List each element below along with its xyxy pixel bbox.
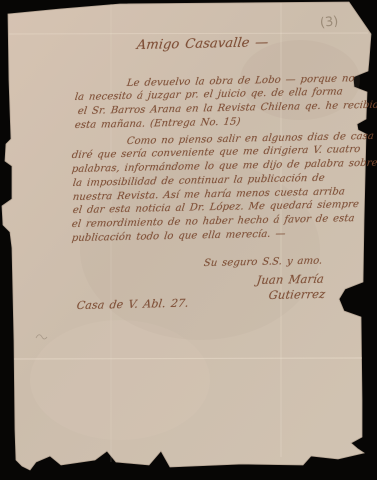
letter-closing: Su seguro S.S. y amo. xyxy=(203,256,323,270)
signature: Gutierrez xyxy=(268,288,326,301)
page-number-note: (3) xyxy=(319,14,339,31)
letter-salutation: Amigo Casavalle — xyxy=(136,37,269,52)
letter-dateline: Casa de V. Abl. 27. xyxy=(76,298,189,312)
scan-background: (3) Amigo Casavalle — Le devuelvo la obr… xyxy=(0,0,377,480)
signature: Juan María xyxy=(256,273,325,286)
